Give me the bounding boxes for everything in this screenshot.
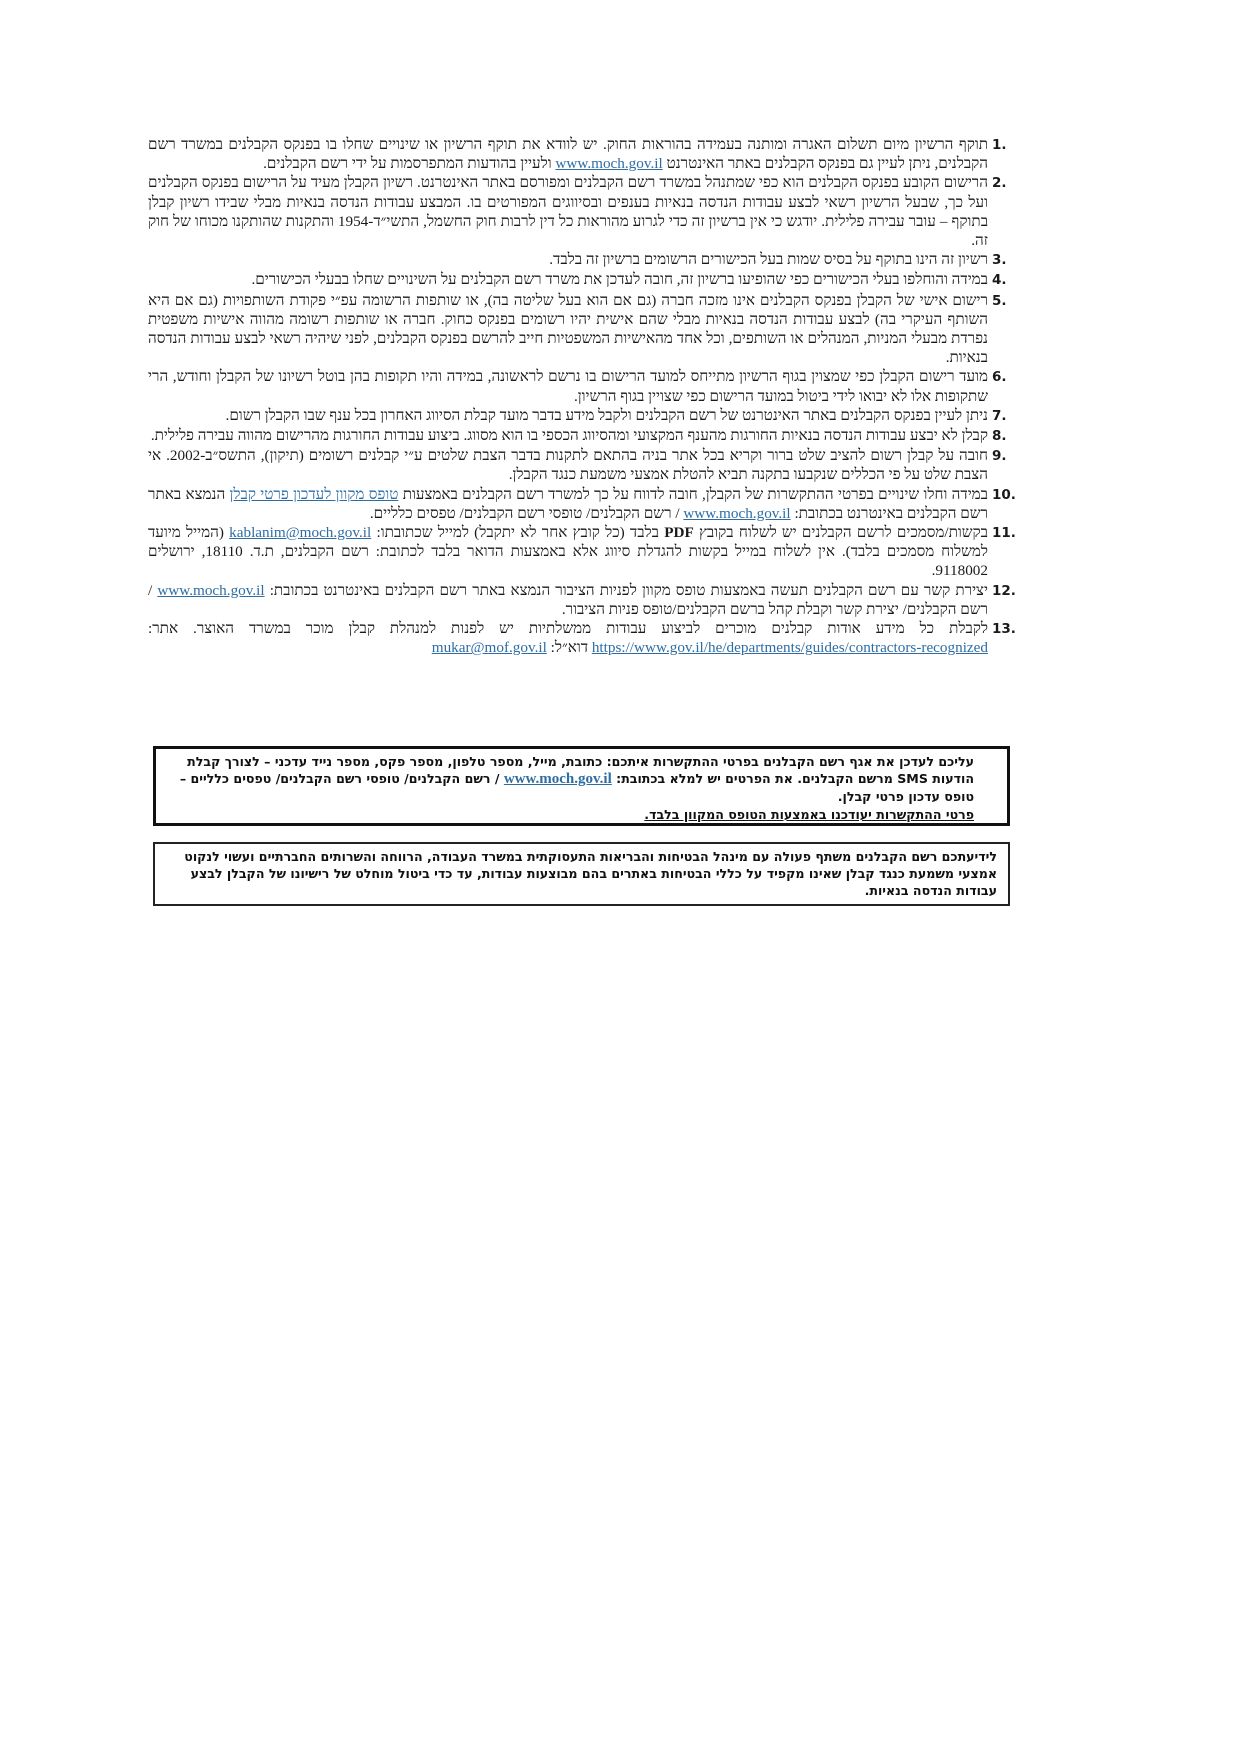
item-text: מועד רישום הקבלן כפי שמצוין בגוף הרשיון … (148, 367, 988, 405)
list-item: 9. חובה על קבלן רשום להציב שלט ברור וקרי… (148, 446, 1030, 484)
moch-website-link[interactable]: www.moch.gov.il (555, 155, 662, 172)
item-number: 11. (988, 523, 1030, 543)
moch-website-link[interactable]: www.moch.gov.il (157, 582, 264, 599)
item-text: בקשות/מסמכים לרשם הקבלנים יש לשלוח בקובץ… (148, 523, 988, 581)
item-number: 13. (988, 619, 1030, 639)
item-number: 3. (988, 250, 1030, 270)
license-terms-list: 1. תוקף הרשיון מיום תשלום האגרה ומותנה ב… (148, 135, 1030, 657)
list-item: 12. יצירת קשר עם רשם הקבלנים תעשה באמצעו… (148, 581, 1030, 619)
mukar-email-link[interactable]: mukar@mof.gov.il (432, 639, 547, 656)
kablanim-email-link[interactable]: kablanim@moch.gov.il (229, 524, 371, 541)
contact-update-notice-box: עליכם לעדכן את אגף רשם הקבלנים בפרטי ההת… (153, 746, 1010, 826)
item-text: במידה והוחלפו בעלי הכישורים כפי שהופיעו … (148, 270, 988, 289)
document-page: 1. תוקף הרשיון מיום תשלום האגרה ומותנה ב… (0, 0, 1241, 1754)
moch-website-link[interactable]: www.moch.gov.il (683, 505, 790, 522)
item-text: תוקף הרשיון מיום תשלום האגרה ומותנה בעמי… (148, 135, 988, 173)
pdf-label: PDF (664, 524, 694, 541)
notice-underlined-text: פרטי ההתקשרות יעודכנו באמצעות הטופס המקו… (644, 807, 974, 822)
item-number: 10. (988, 485, 1030, 505)
item-text: חובה על קבלן רשום להציב שלט ברור וקריא ב… (148, 446, 988, 484)
item-text: לקבלת כל מידע אודות קבלנים מוכרים לביצוע… (148, 619, 988, 657)
list-item: 10. במידה וחלו שינויים בפרטי ההתקשרות של… (148, 485, 1030, 523)
list-item: 8. קבלן לא יבצע עבודות הנדסה בנאיות החור… (148, 426, 1030, 446)
item-text: רישום אישי של הקבלן בפנקס הקבלנים אינו מ… (148, 291, 988, 368)
list-item: 3. רשיון זה הינו בתוקף על בסיס שמות בעל … (148, 250, 1030, 270)
item-number: 2. (988, 173, 1030, 193)
item-text: ניתן לעיין בפנקס הקבלנים באתר האינטרנט ש… (148, 406, 988, 425)
item-number: 4. (988, 270, 1030, 290)
list-item: 2. הרישום הקובע בפנקס הקבלנים הוא כפי שמ… (148, 173, 1030, 250)
safety-notice-box: לידיעתכם רשם הקבלנים משתף פעולה עם מינהל… (153, 842, 1010, 906)
notice-text: לידיעתכם רשם הקבלנים משתף פעולה עם מינהל… (184, 849, 997, 898)
item-text: הרישום הקובע בפנקס הקבלנים הוא כפי שמתנה… (148, 173, 988, 250)
item-text: קבלן לא יבצע עבודות הנדסה בנאיות החורגות… (148, 426, 988, 445)
list-item: 11. בקשות/מסמכים לרשם הקבלנים יש לשלוח ב… (148, 523, 1030, 581)
item-text: יצירת קשר עם רשם הקבלנים תעשה באמצעות טו… (148, 581, 988, 619)
item-number: 6. (988, 367, 1030, 387)
item-text: רשיון זה הינו בתוקף על בסיס שמות בעל הכי… (148, 250, 988, 269)
list-item: 6. מועד רישום הקבלן כפי שמצוין בגוף הרשי… (148, 367, 1030, 405)
update-contractor-form-link[interactable]: טופס מקוון לעדכון פרטי קבלן (230, 486, 399, 503)
item-number: 9. (988, 446, 1030, 466)
item-number: 7. (988, 406, 1030, 426)
list-item: 13. לקבלת כל מידע אודות קבלנים מוכרים לב… (148, 619, 1030, 657)
item-text: במידה וחלו שינויים בפרטי ההתקשרות של הקב… (148, 485, 988, 523)
contractors-recognized-link[interactable]: https://www.gov.il/he/departments/guides… (592, 639, 988, 656)
list-item: 4. במידה והוחלפו בעלי הכישורים כפי שהופי… (148, 270, 1030, 290)
item-number: 12. (988, 581, 1030, 601)
list-item: 1. תוקף הרשיון מיום תשלום האגרה ומותנה ב… (148, 135, 1030, 173)
list-item: 7. ניתן לעיין בפנקס הקבלנים באתר האינטרנ… (148, 406, 1030, 426)
moch-website-link[interactable]: www.moch.gov.il (504, 771, 612, 787)
item-number: 5. (988, 291, 1030, 311)
item-number: 8. (988, 426, 1030, 446)
list-item: 5. רישום אישי של הקבלן בפנקס הקבלנים אינ… (148, 291, 1030, 368)
item-number: 1. (988, 135, 1030, 155)
